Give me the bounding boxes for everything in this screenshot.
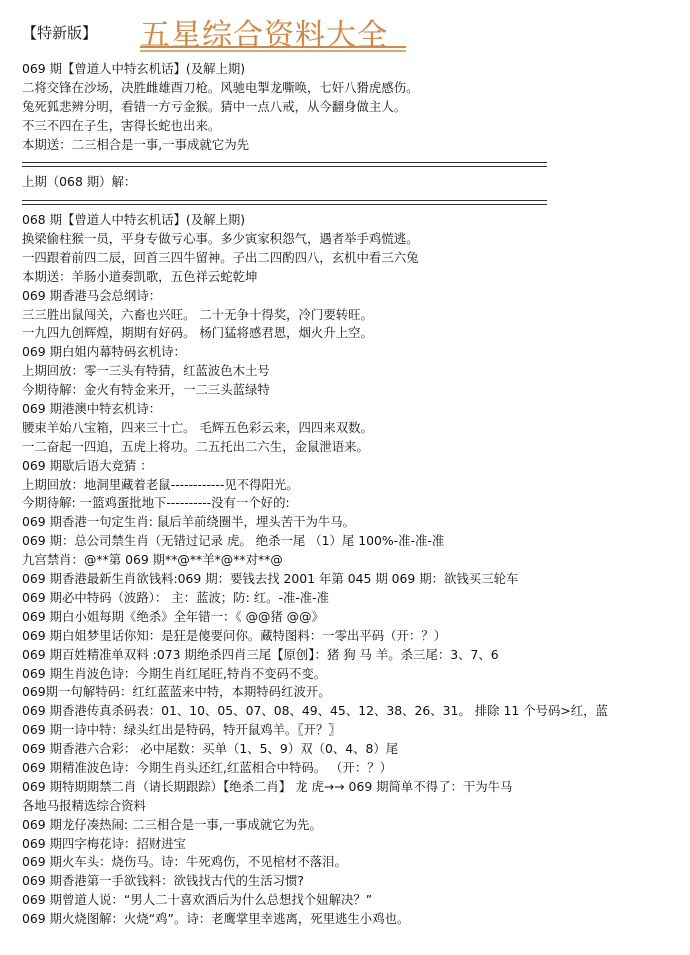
separator-rule bbox=[22, 154, 687, 173]
page-header: 【特新版】 五星综合资料大全 bbox=[0, 0, 690, 58]
text-line: 069 期香港马会总纲诗： bbox=[22, 287, 687, 306]
text-line: 九宫禁肖：@**第 069 期**@**羊*@**对**@ bbox=[22, 551, 687, 570]
text-line: 本期送：羊肠小道奏凯歌，五色祥云蛇乾坤 bbox=[22, 268, 687, 287]
text-line: 三三胜出鼠闯关，六畜也兴旺。 二十无争十得奖，冷门要转旺。 bbox=[22, 306, 687, 325]
text-line: 069期一句解特码：红红蓝蓝来中特，本期特码红波开。 bbox=[22, 683, 687, 702]
text-line: 一四跟着前四二辰，回首三四牛留神。子出二四酌四八，玄机中看三六兔 bbox=[22, 249, 687, 268]
text-line: 上期回放：零一三头有特猜，红蓝波色木土号 bbox=[22, 362, 687, 381]
text-line: 069 期百姓精准单双料 :073 期绝杀四肖三尾【原创】：猪 狗 马 羊。杀三… bbox=[22, 646, 687, 665]
text-line: 069 期歇后语大竞猜 ： bbox=[22, 457, 687, 476]
edition-label: 【特新版】 bbox=[22, 22, 97, 43]
text-line: 各地马报精选综合资料 bbox=[22, 797, 687, 816]
text-line: 069 期龙仔凑热闹: 二三相合是一事,一事成就它为先。 bbox=[22, 816, 687, 835]
text-line: 二将交锋在沙场，决胜雌雄酉刀枪。风驰电掣龙嘶唤，七奸八猾虎感伤。 bbox=[22, 79, 687, 98]
text-line: 069 期白小姐每期《绝杀》全年错一：《 @@猪 @@》 bbox=[22, 608, 687, 627]
text-line: 今期待解：金火有特金来开，一二三头蓝绿特 bbox=[22, 381, 687, 400]
separator-bar bbox=[22, 200, 547, 205]
text-line: 一二奋起一四追，五虎上将功。二五托出二六生，金鼠泄语来。 bbox=[22, 438, 687, 457]
text-line: 腰束羊始八宝箱，四来三十亡。 毛辉五色彩云来，四四来双数。 bbox=[22, 419, 687, 438]
text-line: 上期回放：地洞里藏着老鼠------------见不得阳光。 bbox=[22, 476, 687, 495]
text-line: 069 期：总公司禁生肖（无错过记录 虎。 绝杀一尾 （1）尾 100%-准-准… bbox=[22, 532, 687, 551]
text-line: 069 期火烧图解：火烧“鸡”。诗：老鹰掌里幸逃离，死里逃生小鸡也。 bbox=[22, 910, 687, 929]
text-line: 069 期四字梅花诗：招财进宝 bbox=[22, 835, 687, 854]
text-line: 069 期精准波色诗：今期生肖头还红,红蓝相合中特码。 （开：？） bbox=[22, 759, 687, 778]
text-line: 兔死狐悲辨分明，看错一方亏金猴。猜中一点八戒，从今翻身做主人。 bbox=[22, 98, 687, 117]
text-line: 本期送：二三相合是一事,一事成就它为先 bbox=[22, 136, 687, 155]
separator-rule bbox=[22, 192, 687, 211]
text-line: 069 期香港一句定生肖: 鼠后羊前绕圈半，埋头苦干为牛马。 bbox=[22, 513, 687, 532]
document-body: 069 期【曾道人中特玄机话】(及解上期)二将交锋在沙场，决胜雌雄酉刀枪。风驰电… bbox=[22, 60, 687, 929]
text-line: 069 期香港六合彩： 必中尾数：买单（1、5、9）双（0、4、8）尾 bbox=[22, 740, 687, 759]
text-line: 069 期火车头：烧伤马。诗：牛死鸡伤，不见棺材不落泪。 bbox=[22, 853, 687, 872]
text-line: 069 期特期期禁二肖（请长期跟踪）【绝杀二肖】 龙 虎→→ 069 期简单不得… bbox=[22, 778, 687, 797]
separator-bar bbox=[22, 162, 547, 167]
text-line: 上期（068 期）解： bbox=[22, 173, 687, 192]
text-line: 069 期港澳中特玄机诗： bbox=[22, 400, 687, 419]
text-line: 069 期【曾道人中特玄机话】(及解上期) bbox=[22, 60, 687, 79]
text-line: 一九四九创辉煌，期期有好码。 杨门猛将感君恩，烟火升上空。 bbox=[22, 324, 687, 343]
text-line: 换梁偷柱猴一员，平身专做亏心事。多少寅家积怨气，遇者举手鸡慌逃。 bbox=[22, 230, 687, 249]
text-line: 069 期必中特码（波路）： 主：蓝波；防: 红。-准-准-准 bbox=[22, 589, 687, 608]
text-line: 069 期生肖波色诗：今期生肖红尾旺,特肖不变码不变。 bbox=[22, 665, 687, 684]
text-line: 068 期【曾道人中特玄机话】(及解上期) bbox=[22, 211, 687, 230]
text-line: 不三不四在子生，害得长蛇也出来。 bbox=[22, 117, 687, 136]
text-line: 069 期曾道人说：“男人二十喜欢酒后为什么总想找个妞解决？” bbox=[22, 891, 687, 910]
text-line: 今期待解: 一篮鸡蛋批地下----------没有一个好的: bbox=[22, 494, 687, 513]
text-line: 069 期香港第一手欲钱料：欲钱找古代的生活习惯? bbox=[22, 872, 687, 891]
title-underline bbox=[140, 46, 406, 48]
text-line: 069 期白姐梦里话你知：是狂是傻要问你。藏特图料：一零出平码（开：？） bbox=[22, 627, 687, 646]
text-line: 069 期香港最新生肖欲钱料:069 期：要钱去找 2001 年第 045 期 … bbox=[22, 570, 687, 589]
text-line: 069 期香港传真杀码表：01、10、05、07、08、49、45、12、38、… bbox=[22, 702, 687, 721]
title-underline-secondary bbox=[140, 50, 406, 52]
text-line: 069 期一诗中特：绿头红出是特码，特开鼠鸡羊。〖开？〗 bbox=[22, 721, 687, 740]
text-line: 069 期白姐内幕特码玄机诗： bbox=[22, 343, 687, 362]
